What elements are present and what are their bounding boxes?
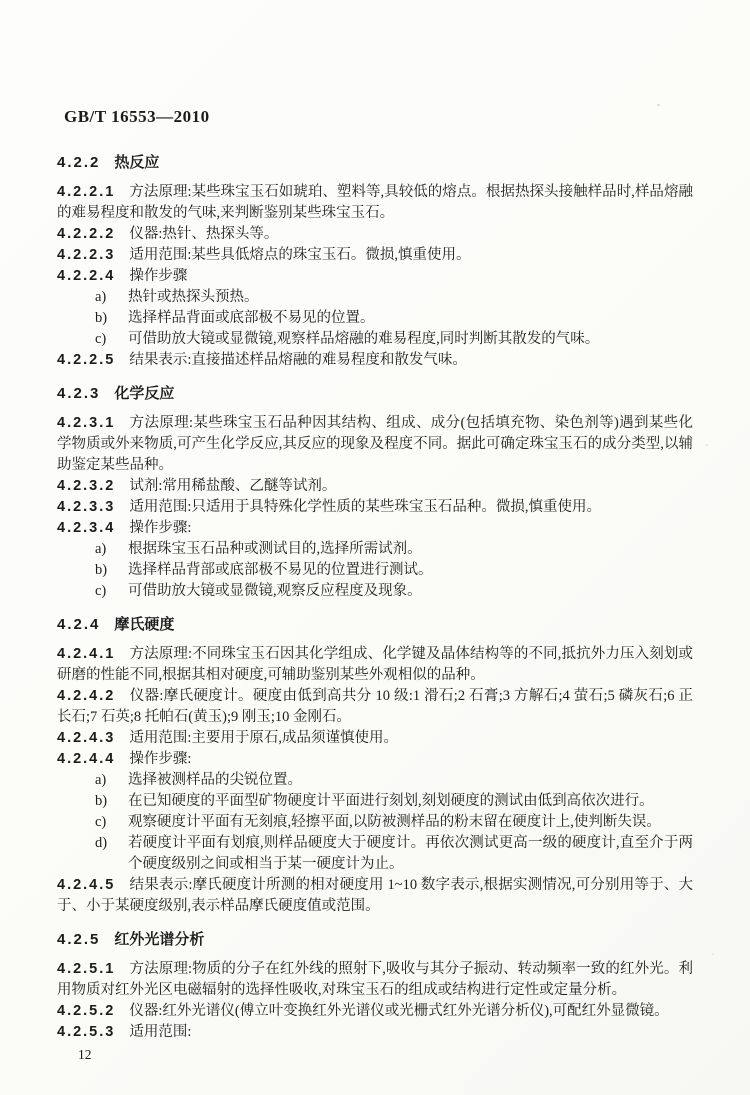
clause-number: 4.2.2.2 (57, 226, 115, 242)
list-item-text: 选择被测样品的尖锐位置。 (128, 770, 693, 791)
clause-number: 4.2.5.3 (57, 1024, 115, 1040)
clause-text: 结果表示:直接描述样品熔融的难易程度和散发气味。 (129, 352, 467, 368)
clause-number: 4.2.4.1 (57, 646, 115, 662)
list-item-text: 若硬度计平面有划痕,则样品硬度大于硬度计。再依次测试更高一级的硬度计,直至介于两… (128, 833, 693, 875)
ordered-steps-list: a)热针或热探头预热。b)选择样品背面或底部极不易见的位置。c)可借助放大镜或显… (57, 287, 693, 350)
section-heading-number: 4.2.3 (57, 385, 100, 402)
clause-4.2.4.1: 4.2.4.1方法原理:不同珠宝玉石因其化学组成、化学键及晶体结构等的不同,抵抗… (57, 644, 693, 686)
list-item-text: 可借助放大镜或显微镜,观察样品熔融的难易程度,同时判断其散发的气味。 (128, 329, 693, 350)
clause-text: 操作步骤: (129, 751, 191, 767)
list-item-text: 观察硬度计平面有无刻痕,轻擦平面,以防被测样品的粉末留在硬度计上,使判断失误。 (128, 812, 693, 833)
clause-text: 适用范围:某些具低熔点的珠宝玉石。微损,慎重使用。 (129, 247, 470, 263)
list-item-marker: c) (95, 581, 128, 602)
clause-4.2.4.5: 4.2.4.5结果表示:摩氏硬度计所测的相对硬度用 1~10 数字表示,根据实测… (57, 875, 693, 917)
list-item: a)选择被测样品的尖锐位置。 (57, 770, 693, 791)
list-item: d)若硬度计平面有划痕,则样品硬度大于硬度计。再依次测试更高一级的硬度计,直至介… (57, 833, 693, 875)
clause-4.2.2.4: 4.2.2.4操作步骤 (57, 266, 693, 287)
page-number: 12 (78, 1047, 92, 1062)
clause-4.2.5.3: 4.2.5.3适用范围: (57, 1022, 693, 1043)
list-item: a)热针或热探头预热。 (57, 287, 693, 308)
clause-4.2.2.3: 4.2.2.3适用范围:某些具低熔点的珠宝玉石。微损,慎重使用。 (57, 245, 693, 266)
list-item-marker: a) (95, 287, 128, 308)
section-heading: 4.2.3化学反应 (57, 383, 693, 404)
clause-text: 适用范围: (129, 1024, 191, 1040)
clause-4.2.3.4: 4.2.3.4操作步骤: (57, 518, 693, 539)
list-item-marker: b) (95, 560, 128, 581)
clause-text: 操作步骤 (129, 268, 187, 284)
clause-text: 试剂:常用稀盐酸、乙醚等试剂。 (129, 478, 336, 494)
clause-4.2.5.2: 4.2.5.2仪器:红外光谱仪(傅立叶变换红外光谱仪或光栅式红外光谱分析仪),可… (57, 1001, 693, 1022)
list-item-marker: b) (95, 308, 128, 329)
list-item-marker: a) (95, 539, 128, 560)
clause-number: 4.2.3.2 (57, 478, 115, 494)
list-item: c)观察硬度计平面有无刻痕,轻擦平面,以防被测样品的粉末留在硬度计上,使判断失误… (57, 812, 693, 833)
list-item-marker: a) (95, 770, 128, 791)
section-heading-number: 4.2.5 (57, 931, 100, 948)
clause-number: 4.2.4.3 (57, 730, 115, 746)
clause-text: 方法原理:某些珠宝玉石品种因其结构、组成、成分(包括填充物、染色剂等)遇到某些化… (57, 415, 693, 473)
clause-4.2.3.3: 4.2.3.3适用范围:只适用于具特殊化学性质的某些珠宝玉石品种。微损,慎重使用… (57, 497, 693, 518)
clause-number: 4.2.5.1 (57, 961, 115, 977)
clause-text: 方法原理:物质的分子在红外线的照射下,吸收与其分子振动、转动频率一致的红外光。利… (57, 961, 693, 998)
list-item-marker: c) (95, 329, 128, 350)
list-item-text: 在已知硬度的平面型矿物硬度计平面进行刻划,刻划硬度的测试由低到高依次进行。 (128, 791, 693, 812)
section-heading-title: 化学反应 (114, 385, 174, 402)
section-heading-title: 摩氏硬度 (114, 616, 174, 633)
scan-artifact (706, 444, 708, 446)
section-heading-title: 红外光谱分析 (114, 931, 204, 948)
list-item-text: 选择样品背部或底部极不易见的位置进行测试。 (128, 560, 693, 581)
list-item-marker: d) (95, 833, 128, 854)
section-4.2.5: 4.2.5红外光谱分析4.2.5.1方法原理:物质的分子在红外线的照射下,吸收与… (57, 929, 693, 1043)
section-4.2.2: 4.2.2热反应4.2.2.1方法原理:某些珠宝玉石如琥珀、塑料等,具较低的熔点… (57, 152, 693, 371)
list-item-marker: c) (95, 812, 128, 833)
section-heading: 4.2.2热反应 (57, 152, 693, 173)
scan-artifact (712, 953, 714, 955)
section-heading: 4.2.5红外光谱分析 (57, 929, 693, 950)
clause-text: 结果表示:摩氏硬度计所测的相对硬度用 1~10 数字表示,根据实测情况,可分别用… (57, 877, 693, 914)
list-item: c)可借助放大镜或显微镜,观察反应程度及现象。 (57, 581, 693, 602)
scan-artifact (657, 104, 660, 106)
list-item: b)选择样品背面或底部极不易见的位置。 (57, 308, 693, 329)
ordered-steps-list: a)选择被测样品的尖锐位置。b)在已知硬度的平面型矿物硬度计平面进行刻划,刻划硬… (57, 770, 693, 875)
list-item-text: 根据珠宝玉石品种或测试目的,选择所需试剂。 (128, 539, 693, 560)
clause-number: 4.2.3.1 (57, 415, 115, 431)
section-heading-number: 4.2.4 (57, 616, 100, 633)
clause-number: 4.2.3.4 (57, 520, 115, 536)
clause-4.2.2.2: 4.2.2.2仪器:热针、热探头等。 (57, 224, 693, 245)
clause-4.2.4.2: 4.2.4.2仪器:摩氏硬度计。硬度由低到高共分 10 级:1 滑石;2 石膏;… (57, 686, 693, 728)
standard-number: GB/T 16553—2010 (64, 107, 210, 126)
document-footer: 12 (78, 1044, 92, 1065)
clause-4.2.2.5: 4.2.2.5结果表示:直接描述样品熔融的难易程度和散发气味。 (57, 350, 693, 371)
section-heading-number: 4.2.2 (57, 154, 100, 171)
clause-number: 4.2.3.3 (57, 499, 115, 515)
ordered-steps-list: a)根据珠宝玉石品种或测试目的,选择所需试剂。b)选择样品背部或底部极不易见的位… (57, 539, 693, 602)
document-header: GB/T 16553—2010 (64, 106, 210, 127)
clause-text: 仪器:摩氏硬度计。硬度由低到高共分 10 级:1 滑石;2 石膏;3 方解石;4… (57, 688, 693, 725)
section-4.2.3: 4.2.3化学反应4.2.3.1方法原理:某些珠宝玉石品种因其结构、组成、成分(… (57, 383, 693, 602)
clause-number: 4.2.2.3 (57, 247, 115, 263)
clause-number: 4.2.2.5 (57, 352, 115, 368)
list-item-marker: b) (95, 791, 128, 812)
list-item-text: 可借助放大镜或显微镜,观察反应程度及现象。 (128, 581, 693, 602)
clause-4.2.2.1: 4.2.2.1方法原理:某些珠宝玉石如琥珀、塑料等,具较低的熔点。根据热探头接触… (57, 182, 693, 224)
clause-text: 方法原理:某些珠宝玉石如琥珀、塑料等,具较低的熔点。根据热探头接触样品时,样品熔… (57, 184, 693, 221)
section-4.2.4: 4.2.4摩氏硬度4.2.4.1方法原理:不同珠宝玉石因其化学组成、化学键及晶体… (57, 614, 693, 917)
clause-text: 适用范围:主要用于原石,成品须谨慎使用。 (129, 730, 398, 746)
clause-number: 4.2.4.4 (57, 751, 115, 767)
clause-number: 4.2.2.1 (57, 184, 115, 200)
list-item-text: 热针或热探头预热。 (128, 287, 693, 308)
scanned-document-page: GB/T 16553—2010 4.2.2热反应4.2.2.1方法原理:某些珠宝… (0, 0, 750, 1095)
clause-4.2.5.1: 4.2.5.1方法原理:物质的分子在红外线的照射下,吸收与其分子振动、转动频率一… (57, 959, 693, 1001)
document-content: 4.2.2热反应4.2.2.1方法原理:某些珠宝玉石如琥珀、塑料等,具较低的熔点… (57, 152, 693, 1043)
list-item: b)在已知硬度的平面型矿物硬度计平面进行刻划,刻划硬度的测试由低到高依次进行。 (57, 791, 693, 812)
section-heading: 4.2.4摩氏硬度 (57, 614, 693, 635)
clause-4.2.3.2: 4.2.3.2试剂:常用稀盐酸、乙醚等试剂。 (57, 476, 693, 497)
section-heading-title: 热反应 (114, 154, 159, 171)
list-item: a)根据珠宝玉石品种或测试目的,选择所需试剂。 (57, 539, 693, 560)
list-item-text: 选择样品背面或底部极不易见的位置。 (128, 308, 693, 329)
clause-text: 仪器:热针、热探头等。 (129, 226, 278, 242)
clause-4.2.4.4: 4.2.4.4操作步骤: (57, 749, 693, 770)
clause-text: 适用范围:只适用于具特殊化学性质的某些珠宝玉石品种。微损,慎重使用。 (129, 499, 601, 515)
clause-text: 操作步骤: (129, 520, 191, 536)
clause-4.2.3.1: 4.2.3.1方法原理:某些珠宝玉石品种因其结构、组成、成分(包括填充物、染色剂… (57, 413, 693, 476)
clause-number: 4.2.4.5 (57, 877, 115, 893)
clause-number: 4.2.5.2 (57, 1003, 115, 1019)
list-item: b)选择样品背部或底部极不易见的位置进行测试。 (57, 560, 693, 581)
clause-number: 4.2.2.4 (57, 268, 115, 284)
clause-4.2.4.3: 4.2.4.3适用范围:主要用于原石,成品须谨慎使用。 (57, 728, 693, 749)
clause-text: 方法原理:不同珠宝玉石因其化学组成、化学键及晶体结构等的不同,抵抗外力压入刻划或… (57, 646, 693, 683)
list-item: c)可借助放大镜或显微镜,观察样品熔融的难易程度,同时判断其散发的气味。 (57, 329, 693, 350)
clause-text: 仪器:红外光谱仪(傅立叶变换红外光谱仪或光栅式红外光谱分析仪),可配红外显微镜。 (129, 1003, 668, 1019)
clause-number: 4.2.4.2 (57, 688, 115, 704)
